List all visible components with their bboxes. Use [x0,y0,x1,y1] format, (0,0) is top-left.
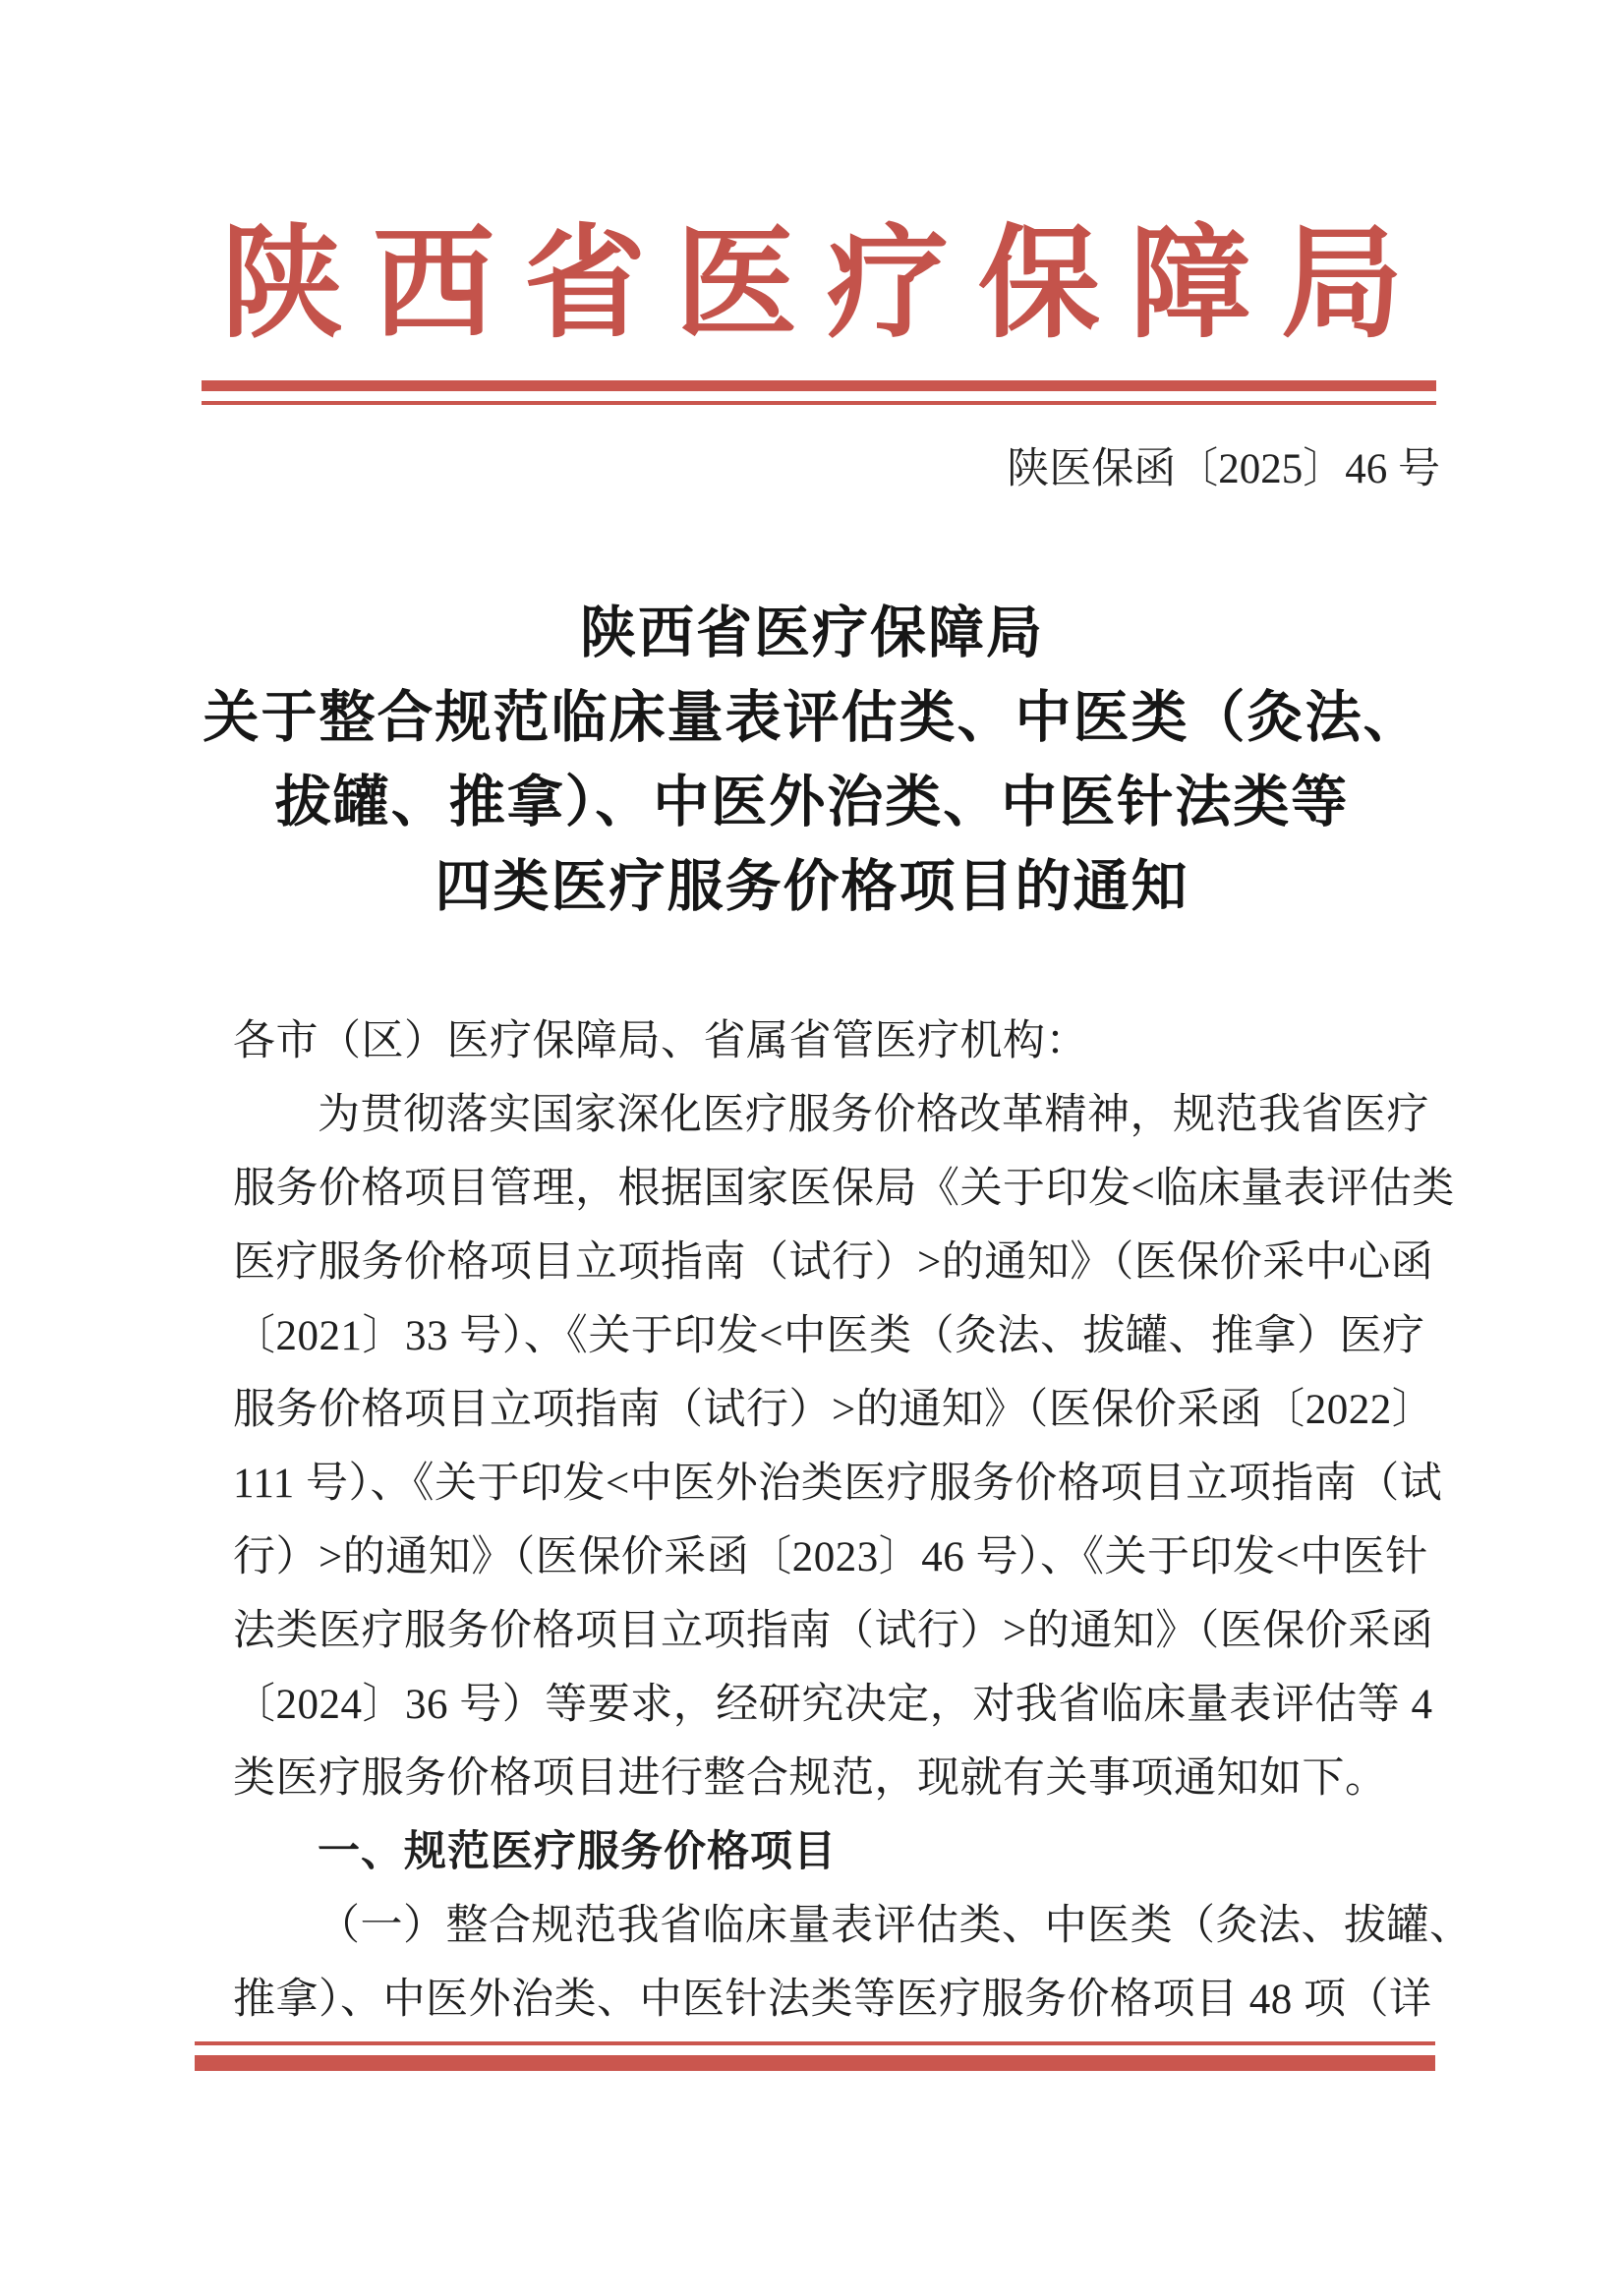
doc-number: 陕医保函〔2025〕46 号 [1007,444,1440,495]
notice-body: 各市（区）医疗保障局、省属省管医疗机构： 为贯彻落实国家深化医疗服务价格改革精神… [233,1004,1427,2037]
notice-title-line: 关于整合规范临床量表评估类、中医类（灸法、 [0,676,1624,761]
body-line: 111 号）、《关于印发<中医外治类医疗服务价格项目立项指南（试 [233,1447,1427,1521]
masthead-rule-thin [202,401,1436,405]
body-line: 为贯彻落实国家深化医疗服务价格改革精神，规范我省医疗 [233,1078,1427,1152]
notice-title: 陕西省医疗保障局 关于整合规范临床量表评估类、中医类（灸法、 拔罐、推拿）、中医… [0,592,1624,930]
document-page: 陕西省医疗保障局 陕医保函〔2025〕46 号 陕西省医疗保障局 关于整合规范临… [0,0,1624,2296]
agency-masthead: 陕西省医疗保障局 [0,224,1624,346]
notice-title-line: 拔罐、推拿）、中医外治类、中医针法类等 [0,761,1624,845]
body-line: 〔2024〕36 号）等要求，经研究决定，对我省临床量表评估等 4 [233,1668,1427,1742]
masthead-rule-thick [202,380,1436,391]
footer-rule-thick [195,2055,1435,2071]
body-line: （一）整合规范我省临床量表评估类、中医类（灸法、拔罐、 [233,1889,1427,1963]
notice-title-line: 四类医疗服务价格项目的通知 [0,845,1624,930]
body-line: 行）>的通知》（医保价采函〔2023〕46 号）、《关于印发<中医针 [233,1521,1427,1594]
body-line: 类医疗服务价格项目进行整合规范，现就有关事项通知如下。 [233,1742,1427,1815]
footer-rule-thin [195,2041,1435,2045]
notice-title-line: 陕西省医疗保障局 [0,592,1624,676]
body-line: 服务价格项目管理，根据国家医保局《关于印发<临床量表评估类 [233,1152,1427,1226]
body-line: 推拿）、中医外治类、中医针法类等医疗服务价格项目 48 项（详 [233,1963,1427,2037]
section-heading: 一、规范医疗服务价格项目 [233,1815,1427,1889]
salutation-line: 各市（区）医疗保障局、省属省管医疗机构： [233,1004,1427,1078]
body-line: 〔2021〕33 号）、《关于印发<中医类（灸法、拔罐、推拿）医疗 [233,1299,1427,1373]
body-line: 服务价格项目立项指南（试行）>的通知》（医保价采函〔2022〕 [233,1373,1427,1447]
body-line: 医疗服务价格项目立项指南（试行）>的通知》（医保价采中心函 [233,1226,1427,1299]
body-line: 法类医疗服务价格项目立项指南（试行）>的通知》（医保价采函 [233,1594,1427,1668]
